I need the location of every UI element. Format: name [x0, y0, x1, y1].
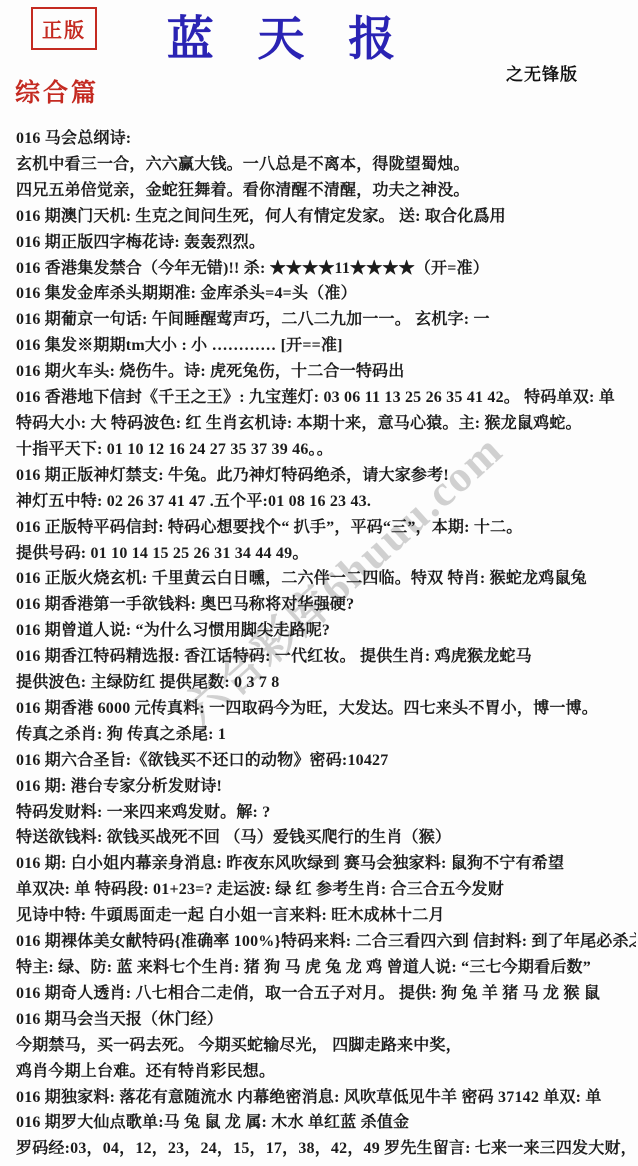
text-line: 016 期六合圣旨:《欲钱买不还口的动物》密码:10427	[16, 748, 636, 774]
text-line: 玄机中看三一合，六六赢大钱。一八总是不离本，得陇望蜀烛。	[16, 152, 636, 178]
text-line: 016 期奇人透肖: 八七相合二走俏，取一合五子对月。 提供: 狗 兔 羊 猪 …	[16, 981, 636, 1007]
text-line: 提供号码: 01 10 14 15 25 26 31 34 44 49。	[16, 541, 636, 567]
text-line: 016 正版特平码信封: 特码心想要找个“ 扒手”，平码“三”，本期: 十二。	[16, 515, 636, 541]
text-line: 十指平天下: 01 10 12 16 24 27 35 37 39 46。。	[16, 437, 636, 463]
text-line: 四兄五弟倍觉亲，金蛇狂舞着。看你清醒不清醒，功夫之神没。	[16, 178, 636, 204]
text-line: 016 集发※期期tm大小 : 小 ………… [开==准]	[16, 333, 636, 359]
text-line: 神灯五中特: 02 26 37 41 47 .五个平:01 08 16 23 4…	[16, 489, 636, 515]
text-line: 016 香港地下信封《千王之王》: 九宝莲灯: 03 06 11 13 25 2…	[16, 385, 636, 411]
text-line: 016 期: 白小姐内幕亲身消息: 昨夜东风吹绿到 赛马会独家料: 鼠狗不宁有希…	[16, 851, 636, 877]
text-line: 016 期裸体美女献特码{准确率 100%}特码来料: 二合三看四六到 信封料:…	[16, 929, 636, 955]
text-line: 传真之杀肖: 狗 传真之杀尾: 1	[16, 722, 636, 748]
text-line: 特主: 绿、防: 蓝 来料七个生肖: 猪 狗 马 虎 兔 龙 鸡 曾道人说: “…	[16, 955, 636, 981]
text-line: 016 香港集发禁合（今年无错)!! 杀: ★★★★11★★★★（开=准）	[16, 256, 636, 282]
text-line: 特送欲钱料: 欲钱买战死不回 （马）爱钱买爬行的生肖（猴）	[16, 825, 636, 851]
text-line: 016 正版火烧玄机: 千里黄云白日曛，二六伴一二四临。特双 特肖: 猴蛇龙鸡鼠…	[16, 566, 636, 592]
text-line: 016 期曾道人说: “为什么习惯用脚尖走路呢?	[16, 618, 636, 644]
text-line: 016 期罗大仙点歌单:马 兔 鼠 龙 属: 木水 单红蓝 杀值金	[16, 1110, 636, 1136]
text-line: 016 期马会当天报（休门经）	[16, 1007, 636, 1033]
text-line: 016 期火车头: 烧伤牛。诗: 虎死兔伤，十二合一特码出	[16, 359, 636, 385]
text-line: 016 期正版神灯禁支: 牛兔。此乃神灯特码绝杀，请大家参考!	[16, 463, 636, 489]
text-line: 鸡肖今期上台难。还有特肖彩民想。	[16, 1059, 636, 1085]
newspaper-page: 六合彩库6huuu.com 正版 蓝 天 报 之无锋版 综合篇 016 马会总纲…	[0, 0, 638, 1166]
edition-label: 之无锋版	[506, 60, 578, 85]
section-title: 综合篇	[15, 73, 99, 109]
text-line: 016 期澳门天机: 生克之间问生死，何人有情定发家。 送: 取合化爲用	[16, 204, 636, 230]
text-line: 016 马会总纲诗:	[16, 126, 636, 152]
text-line: 016 期香港 6000 元传真料: 一四取码今为旺，大发达。四七来头不胃小，博…	[16, 696, 636, 722]
text-line: 016 期正版四字梅花诗: 轰轰烈烈。	[16, 230, 636, 256]
page-title: 蓝 天 报	[0, 2, 578, 69]
text-line: 提供波色: 主绿防红 提供尾数: 0 3 7 8	[16, 670, 636, 696]
text-line: 016 期独家料: 落花有意随流水 内幕绝密消息: 风吹草低见牛羊 密码 371…	[16, 1085, 636, 1111]
text-line: 016 期香江特码精选报: 香江话特码: 一代红妆。 提供生肖: 鸡虎猴龙蛇马	[16, 644, 636, 670]
text-line: 016 期香港第一手欲钱料: 奥巴马称将对华强硬?	[16, 592, 636, 618]
text-line: 016 期葡京一句话: 午间睡醒莺声巧，二八二九加一一。 玄机字: 一	[16, 307, 636, 333]
text-line: 见诗中特: 牛頭馬面走一起 白小姐一言来料: 旺木成林十二月	[16, 903, 636, 929]
page-header: 正版 蓝 天 报 之无锋版 综合篇	[0, 0, 638, 122]
text-line: 特码发财料: 一来四来鸡发财。解: ?	[16, 800, 636, 826]
text-line: 今期禁马，买一码去死。 今期买蛇输尽光， 四脚走路来中奖，	[16, 1033, 636, 1059]
text-line: 罗码经:03，04，12，23，24，15，17，38，42，49 罗先生留言:…	[16, 1136, 636, 1162]
text-line: 016 集发金库杀头期期准: 金库杀头=4=头（准）	[16, 281, 636, 307]
text-line: 单双决: 单 特码段: 01+23=? 走运波: 绿 红 参考生肖: 合三合五今…	[16, 877, 636, 903]
text-line: 特码大小: 大 特码波色: 红 生肖玄机诗: 本期十来，意马心猿。主: 猴龙鼠鸡…	[16, 411, 636, 437]
text-line: 016 期: 港台专家分析发财诗!	[16, 774, 636, 800]
content-lines: 016 马会总纲诗:玄机中看三一合，六六赢大钱。一八总是不离本，得陇望蜀烛。四兄…	[16, 126, 636, 1162]
